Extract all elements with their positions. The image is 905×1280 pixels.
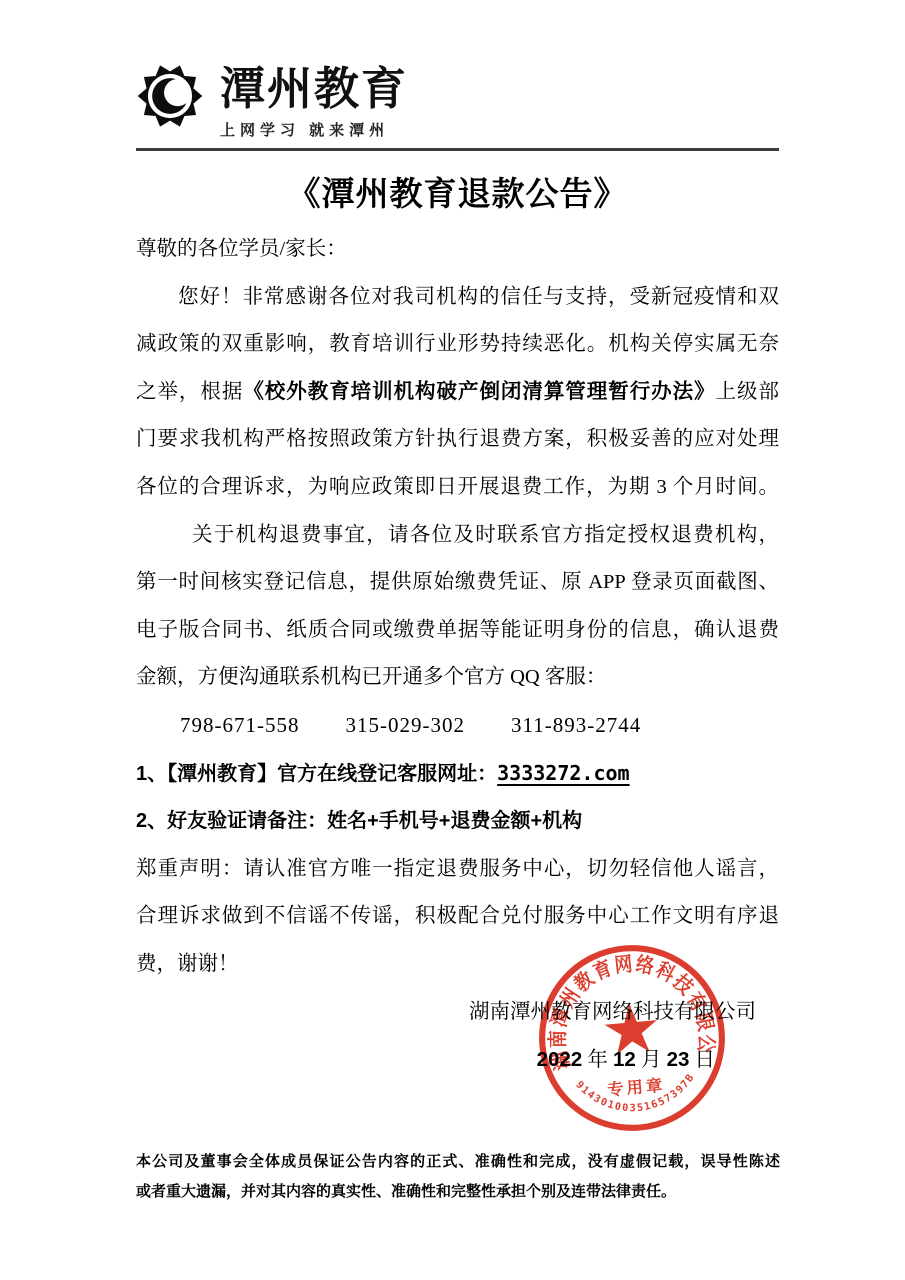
company-seal: 湖南潭州教育网络科技有限公司 专用章 91430100351657397B [527,933,737,1143]
sun-crescent-logo-icon [136,62,204,130]
header: 潭州教育 上网学习 就来潭州 [136,62,408,140]
paragraph1-line: 减政策的双重影响，教育培训行业形势持续恶化。机构关停实属无奈 [136,321,779,369]
paragraph2-line: 电子版合同书、纸质合同或缴费单据等能证明身份的信息，确认退费 [136,607,779,655]
notice-item-1: 1、【潭州教育】官方在线登记客服网址：3333272.com [136,750,779,799]
footer-disclaimer: 本公司及董事会全体成员保证公告内容的正式、准确性和完成，没有虚假记载，误导性陈述… [136,1147,780,1207]
paragraph1-line: 各位的合理诉求，为响应政策即日开展退费工作，为期 3 个月时间。 [136,464,779,512]
paragraph1-line: 之举，根据《校外教育培训机构破产倒闭清算管理暂行办法》上级部 [136,369,779,417]
brand-tagline: 上网学习 就来潭州 [220,119,408,140]
qq-number: 798-671-558 [180,702,300,750]
star-icon [603,1001,660,1055]
announcement-title: 《潭州教育退款公告》 [136,168,779,215]
paragraph2-line: 关于机构退费事宜，请各位及时联系官方指定授权退费机构， [136,512,779,560]
brand-name: 潭州教育 [220,64,408,114]
footer-line: 或者重大遗漏，并对其内容的真实性、准确性和完整性承担个别及连带法律责任。 [136,1177,780,1207]
seal-arc-company-text: 湖南潭州教育网络科技有限公司 [527,933,720,1075]
brand-block: 潭州教育 上网学习 就来潭州 [220,62,408,140]
notice-item-2: 2、好友验证请备注：姓名+手机号+退费金额+机构 [136,798,779,846]
statement-line: 合理诉求做到不信谣不传谣，积极配合兑付服务中心工作文明有序退 [136,893,779,941]
statement-line: 郑重声明：请认准官方唯一指定退费服务中心，切勿轻信他人谣言， [136,846,779,894]
notice-1-text: 1、【潭州教育】官方在线登记客服网址： [136,763,497,785]
salutation: 尊敬的各位学员/家长： [136,226,779,274]
qq-number: 315-029-302 [346,702,466,750]
paragraph2-line: 金额，方便沟通联系机构已开通多个官方 QQ 客服： [136,654,779,702]
qq-service-numbers: 798-671-558 315-029-302 311-893-2744 [136,702,779,750]
seal-label: 专用章 [607,1075,667,1099]
paragraph1-line: 门要求我机构严格按照政策方针执行退费方案，积极妥善的应对处理 [136,416,779,464]
paragraph1-line-text: 上级部 [716,381,779,403]
service-url-link[interactable]: 3333272.com [497,761,629,785]
footer-line: 本公司及董事会全体成员保证公告内容的正式、准确性和完成，没有虚假记载，误导性陈述 [136,1147,780,1177]
header-divider [136,148,779,151]
svg-text:湖南潭州教育网络科技有限公司: 湖南潭州教育网络科技有限公司 [527,933,720,1075]
qq-number: 311-893-2744 [511,702,641,750]
document-page: 潭州教育 上网学习 就来潭州 《潭州教育退款公告》 尊敬的各位学员/家长： 您好… [0,0,905,1280]
paragraph1-line-text: 之举，根据 [136,381,243,403]
paragraph2-line: 第一时间核实登记信息，提供原始缴费凭证、原 APP 登录页面截图、 [136,559,779,607]
paragraph1-line: 您好！非常感谢各位对我司机构的信任与支持，受新冠疫情和双 [136,274,779,322]
regulation-title: 《校外教育培训机构破产倒闭清算管理暂行办法》 [243,381,715,403]
